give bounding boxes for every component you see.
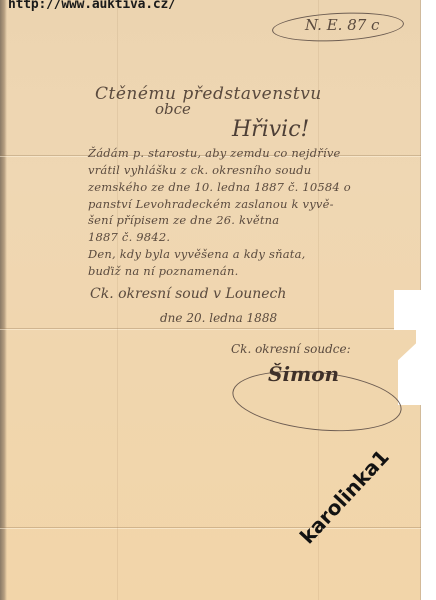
reference-number: N. E. 87 c (305, 16, 379, 34)
address-line-2: obce (155, 100, 191, 118)
fold-line (0, 527, 421, 528)
body-line: Žádám p. starostu, aby zemdu co nejdříve (88, 146, 341, 160)
body-line: Den, kdy byla vyvěšena a kdy sňata, (88, 247, 306, 261)
body-line: vrátil vyhlášku z ck. okresního soudu (88, 163, 311, 177)
signatory-title: Ck. okresní soudce: (231, 342, 351, 356)
signature: Šimon (268, 362, 339, 386)
body-line: zemského ze dne 10. ledna 1887 č. 10584 … (88, 180, 351, 194)
issue-date: dne 20. ledna 1888 (160, 311, 277, 325)
body-line: šení přípisem ze dne 26. května (88, 213, 279, 227)
address-line-3: Hřivic! (232, 117, 309, 142)
fold-line (0, 328, 421, 329)
body-line: 1887 č. 9842. (88, 230, 170, 244)
issuing-court: Ck. okresní soud v Lounech (90, 286, 286, 302)
source-url-link[interactable]: http://www.auktiva.cz/ (8, 0, 176, 12)
body-line: buďiž na ní poznamenán. (88, 264, 238, 278)
scan-shadow-left (0, 0, 7, 600)
body-line: panství Levohradeckém zaslanou k vyvě- (88, 197, 334, 211)
address-line-1: Ctěnému představenstvu (95, 84, 322, 104)
